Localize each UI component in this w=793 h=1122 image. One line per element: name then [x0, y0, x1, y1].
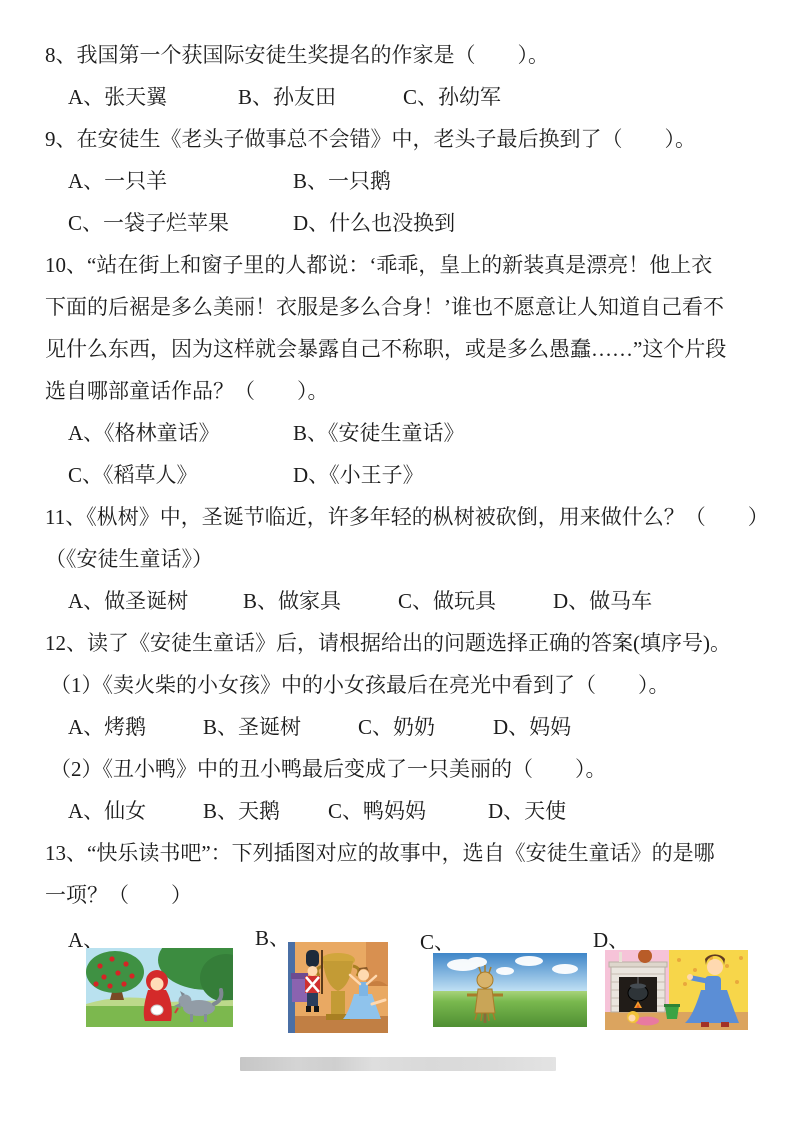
q12-1-option-b: B、圣诞树	[203, 706, 358, 748]
image-option-label-c: C、	[420, 930, 455, 954]
question-12-sub2-text: （2）《丑小鸭》中的丑小鸭最后变成了一只美丽的（ ）。	[0, 748, 793, 790]
question-9-options-row2: C、一袋子烂苹果D、什么也没换到	[0, 202, 793, 244]
cinderella-by-fireplace-illustration	[605, 950, 748, 1030]
question-12-sub2-options: A、仙女B、天鹅C、鸭妈妈D、天使	[0, 790, 793, 832]
question-12-sub1-text: （1）《卖火柴的小女孩》中的小女孩最后在亮光中看到了（ ）。	[0, 664, 793, 706]
q10-option-c: C、《稻草人》	[68, 454, 293, 496]
q9-option-d: D、什么也没换到	[293, 202, 455, 244]
q12-1-option-c: C、奶奶	[358, 706, 493, 748]
q10-option-a: A、《格林童话》	[68, 412, 293, 454]
question-10-line2: 下面的后裾是多么美丽！衣服是多么合身！’谁也不愿意让人知道自己看不	[0, 286, 793, 328]
q11-option-d: D、做马车	[553, 580, 652, 622]
q12-2-option-a: A、仙女	[68, 790, 203, 832]
q12-2-option-d: D、天使	[488, 790, 566, 832]
worksheet-body: 8、我国第一个获国际安徒生奖提名的作家是（ ）。 A、张天翼B、孙友田C、孙幼军…	[0, 0, 793, 916]
image-option-label-b: B、	[255, 926, 290, 950]
question-9-text: 9、在安徒生《老头子做事总不会错》中，老头子最后换到了（ ）。	[0, 118, 793, 160]
tin-soldier-and-ballerina-illustration	[288, 942, 388, 1033]
question-13-image-options: A、 B、	[0, 920, 793, 1045]
q11-option-a: A、做圣诞树	[68, 580, 243, 622]
question-13-line1: 13、“快乐读书吧”：下列插图对应的故事中，选自《安徒生童话》的是哪	[0, 832, 793, 874]
image-option-label-d: D、	[593, 928, 629, 952]
question-8-text: 8、我国第一个获国际安徒生奖提名的作家是（ ）。	[0, 34, 793, 76]
q12-1-option-d: D、妈妈	[493, 706, 571, 748]
question-8-options: A、张天翼B、孙友田C、孙幼军	[0, 76, 793, 118]
question-10-line4: 选自哪部童话作品？（ ）。	[0, 370, 793, 412]
question-10-line3: 见什么东西，因为这样就会暴露自己不称职，或是多么愚蠢……”这个片段	[0, 328, 793, 370]
blurred-watermark	[240, 1057, 556, 1071]
q12-2-option-c: C、鸭妈妈	[328, 790, 488, 832]
question-10-options-row1: A、《格林童话》B、《安徒生童话》	[0, 412, 793, 454]
question-9-options-row1: A、一只羊B、一只鹅	[0, 160, 793, 202]
q8-option-b: B、孙友田	[238, 76, 403, 118]
question-12-sub1-options: A、烤鹅B、圣诞树C、奶奶D、妈妈	[0, 706, 793, 748]
q11-option-b: B、做家具	[243, 580, 398, 622]
question-13-line2: 一项？（ ）	[0, 874, 793, 916]
q8-option-c: C、孙幼军	[403, 76, 501, 118]
q9-option-c: C、一袋子烂苹果	[68, 202, 293, 244]
scarecrow-illustration	[433, 953, 587, 1027]
question-11-line2: （《安徒生童话》）	[0, 538, 793, 580]
question-10-line1: 10、“站在街上和窗子里的人都说：‘乖乖，皇上的新装真是漂亮！他上衣	[0, 244, 793, 286]
q9-option-b: B、一只鹅	[293, 160, 391, 202]
question-11-line1: 11、《枞树》中，圣诞节临近，许多年轻的枞树被砍倒，用来做什么？（ ）	[0, 496, 793, 538]
little-red-riding-hood-illustration	[86, 948, 233, 1027]
q12-1-option-a: A、烤鹅	[68, 706, 203, 748]
q8-option-a: A、张天翼	[68, 76, 238, 118]
q11-option-c: C、做玩具	[398, 580, 553, 622]
q10-option-b: B、《安徒生童话》	[293, 412, 465, 454]
q9-option-a: A、一只羊	[68, 160, 293, 202]
q12-2-option-b: B、天鹅	[203, 790, 328, 832]
worksheet-page: { "doc": { "q8": { "text": "8、我国第一个获国际安徒…	[0, 0, 793, 1122]
q10-option-d: D、《小王子》	[293, 454, 424, 496]
question-10-options-row2: C、《稻草人》D、《小王子》	[0, 454, 793, 496]
question-11-options: A、做圣诞树B、做家具C、做玩具D、做马车	[0, 580, 793, 622]
question-12-text: 12、读了《安徒生童话》后，请根据给出的问题选择正确的答案(填序号)。	[0, 622, 793, 664]
